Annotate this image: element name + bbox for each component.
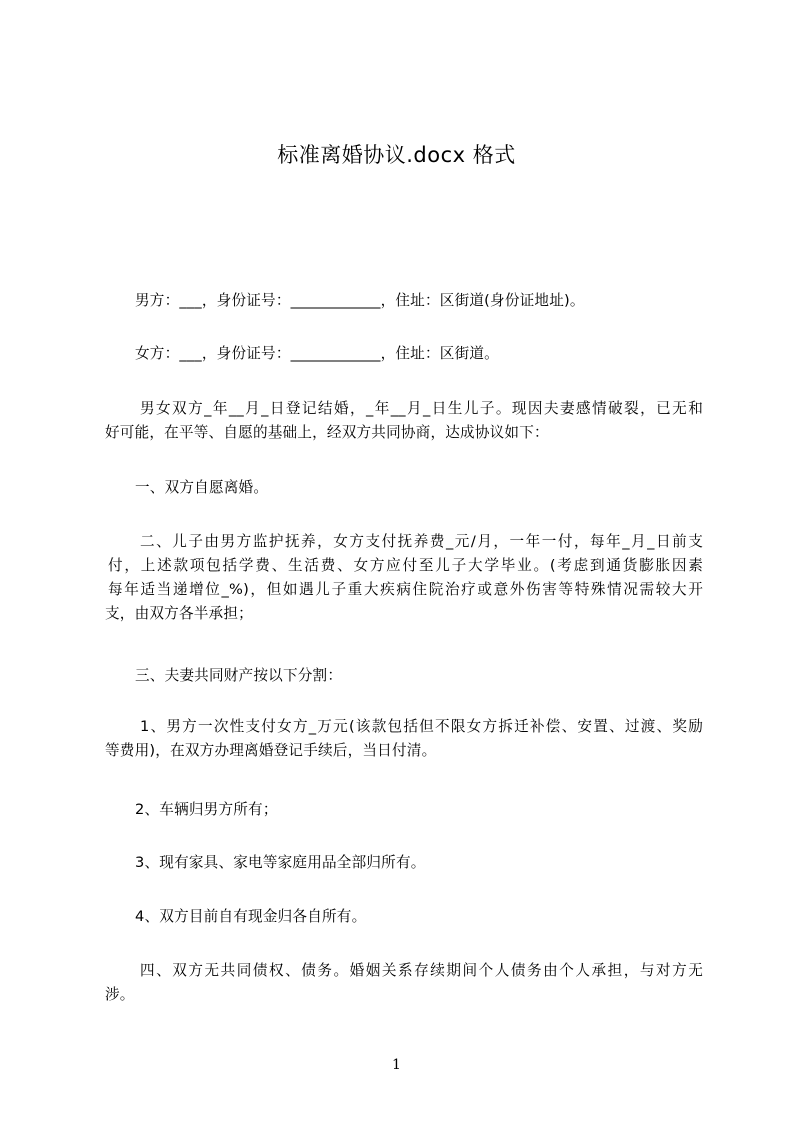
intro-line-1: 男女双方_年__月_日登记结婚，_年__月_日生儿子。现因夫妻感情破裂，已无和 xyxy=(105,397,703,421)
clause-four-line-2: 涉。 xyxy=(105,983,703,1007)
clause-three-heading: 三、夫妻共同财产按以下分割： xyxy=(105,664,703,688)
clause-three-item-1: 1、男方一次性支付女方_万元(该款包括但不限女方拆迁补偿、安置、过渡、奖励 等费… xyxy=(105,715,703,763)
clause-three-item-3-text: 3、现有家具、家电等家庭用品全部归所有。 xyxy=(105,851,703,875)
female-party-info: 女方：___，身份证号：____________，住址：区街道。 xyxy=(105,342,703,366)
male-party-line: 男方：___，身份证号：____________，住址：区街道(身份证地址)。 xyxy=(105,289,703,313)
intro-paragraph: 男女双方_年__月_日登记结婚，_年__月_日生儿子。现因夫妻感情破裂，已无和 … xyxy=(105,397,703,445)
clause-one: 一、双方自愿离婚。 xyxy=(105,476,703,500)
female-party-line: 女方：___，身份证号：____________，住址：区街道。 xyxy=(105,342,703,366)
intro-line-2: 好可能，在平等、自愿的基础上，经双方共同协商，达成协议如下： xyxy=(105,421,703,445)
clause-three-item-3: 3、现有家具、家电等家庭用品全部归所有。 xyxy=(105,851,703,875)
clause-three-item-4-text: 4、双方目前自有现金归各自所有。 xyxy=(105,905,703,929)
clause-two-line-3: 每年适当递增位_%)，但如遇儿子重大疾病住院治疗或意外伤害等特殊情况需较大开 xyxy=(105,578,703,602)
clause-three-heading-text: 三、夫妻共同财产按以下分割： xyxy=(105,664,703,688)
clause-two: 二、儿子由男方监护抚养，女方支付抚养费_元/月，一年一付，每年_月_日前支 付，… xyxy=(105,530,703,626)
clause-two-line-1: 二、儿子由男方监护抚养，女方支付抚养费_元/月，一年一付，每年_月_日前支 xyxy=(105,530,703,554)
clause-four: 四、双方无共同债权、债务。婚姻关系存续期间个人债务由个人承担，与对方无 涉。 xyxy=(105,959,703,1007)
clause-two-line-4: 支，由双方各半承担； xyxy=(105,602,703,626)
clause-one-text: 一、双方自愿离婚。 xyxy=(105,476,703,500)
page-number: 1 xyxy=(0,1055,793,1075)
clause-four-line-1: 四、双方无共同债权、债务。婚姻关系存续期间个人债务由个人承担，与对方无 xyxy=(105,959,703,983)
document-page: 标准离婚协议.docx 格式 男方：___，身份证号：____________，… xyxy=(0,0,793,1122)
document-title: 标准离婚协议.docx 格式 xyxy=(0,138,793,172)
clause-two-line-2: 付，上述款项包括学费、生活费、女方应付至儿子大学毕业。(考虑到通货膨胀因素 xyxy=(105,554,703,578)
clause-three-item-1-line-1: 1、男方一次性支付女方_万元(该款包括但不限女方拆迁补偿、安置、过渡、奖励 xyxy=(105,715,703,739)
clause-three-item-2: 2、车辆归男方所有； xyxy=(105,798,703,822)
clause-three-item-1-line-2: 等费用)，在双方办理离婚登记手续后，当日付清。 xyxy=(105,739,703,763)
clause-three-item-2-text: 2、车辆归男方所有； xyxy=(105,798,703,822)
male-party-info: 男方：___，身份证号：____________，住址：区街道(身份证地址)。 xyxy=(105,289,703,313)
clause-three-item-4: 4、双方目前自有现金归各自所有。 xyxy=(105,905,703,929)
